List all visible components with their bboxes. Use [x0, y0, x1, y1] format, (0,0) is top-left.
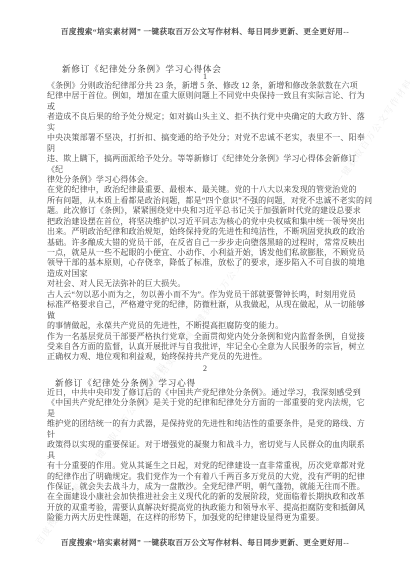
text-line: 政策得以实现的重要保证。对于增强党的凝聚力和战斗力，密切党与人民群众的血肉联系 [47, 440, 372, 450]
text-line: 一点，就是从一些不起眼的小便宜、小动作、小利益开始，诱发他们私欲膨胀，不顾党员 [47, 248, 372, 258]
text-line: 基础。许多酿成大错的党员干部，在反省自己一步步走向堕落黑暗的过程时，常常反映出 [47, 238, 372, 248]
text-line: 作为一名基层党员干部要严格执行党章，全面贯彻党内处分条例和党内监督条例，自觉接 [47, 332, 372, 342]
text-line: 标准严格要求自己，严格遵守党的纪律，防微杜渐，从我做起，从现在做起，从一切能够 [47, 300, 372, 310]
text-line: 中央决策部署不坚决，打折扣、搞变通的给予处分；对党不忠诚不老实，表里不一、阳奉 [47, 133, 372, 143]
text-line: 近日，中共中央印发了修订后的《中国共产党纪律处分条例》。通过学习，我深刻感受到 [47, 388, 372, 398]
text-line: 律处分条例》学习心得体会。 [47, 175, 372, 185]
text-line: 有十分重要的作用。党从其诞生之日起，对党的纪律建设一直非常重视，历次党章都对党 [47, 461, 372, 471]
text-line: 的纪律作出了明确规定。我们党作为一个有着八千两百多万党员的大党，没有严明的纪律 [47, 472, 372, 482]
text-line: 所有问题，从本质上看都是政治问题，都是“四个意识”不强的问题，对党不忠诚不老实的… [47, 196, 372, 206]
text-line: 《中国共产党纪律处分条例》是关于党的纪律和纪律处分方面的一部重要的党内法规，它 [47, 398, 372, 408]
text-line: 开放的双重考验，需要认真解决好提高党的执政能力和领导水平、提高拒腐防变和抵御风 [47, 503, 372, 513]
text-line: 对社会、对人民无法弥补的巨大损失。 [47, 279, 372, 289]
text-line: 在全面建设小康社会加快推进社会主义现代化的新的发展阶段，党面临着长期执政和改革 [47, 492, 372, 502]
text-line: 针 [47, 430, 372, 440]
text-line: 实 [47, 123, 372, 133]
text-line: 出来。严明政治纪律和政治规矩，始终保持党的先进性和纯洁性，不断巩固党执政的政治 [47, 227, 372, 237]
doc2-body: 近日，中共中央印发了修订后的《中国共产党纪律处分条例》。通过学习，我深刻感受到《… [47, 388, 372, 524]
text-line: 题。此次修订《条例》，紧紧围绕党中央和习近平总书记关于加强新时代党的建设总要求 [47, 206, 372, 216]
text-line: 险能力两大历史性课题，在这样的形势下，加强党的纪律建设显得更为重要。 [47, 513, 372, 523]
text-line: 纪律中居于首位。例如，增加在重大原则问题上不同党中央保持一致且有实际言论、行为 [47, 91, 372, 101]
text-line: 作保证，就会失去战斗力，成为一盘散沙。全党纪律严明，朝气蓬勃，就能无往而不胜。 [47, 482, 372, 492]
text-line: 古人云“勿以恶小而为之，勿以善小而不为”。作为党员干部就要警钟长鸣，时刻用党员 [47, 290, 372, 300]
text-line: 造成对国家 [47, 269, 372, 279]
text-line: 者造成不良后果的给予处分规定；如对搞山头主义、拒不执行党中央确定的大政方针、落 [47, 112, 372, 122]
text-line: 领导干部的基本原则，心存侥幸，降低了标准，放松了的要求，逐步陷入不可自拔的境地 [47, 258, 372, 268]
page-footer-note: 百度搜索“培实素材网” 一键获取百万公文写作材料、每日同步更新、更全更好用-- [0, 537, 410, 548]
page-number-1: 1 [0, 72, 410, 81]
text-line: 阴 [47, 144, 372, 154]
text-line: 具 [47, 451, 372, 461]
page-header-note: 百度搜索“培实素材网” 一键获取百万公文写作材料、每日同步更新、更全更好用-- [0, 26, 410, 37]
text-line: 在党的纪律中，政治纪律最重要、最根本、最关键。党的十八大以来发现的管党治党的 [47, 185, 372, 195]
document-page: 百度搜索培实素材网一键获取百万公文写作材料 百度搜索培实素材网一键获取百万公文写… [0, 0, 410, 580]
text-line: 正确权力观、地位观和利益观，始终保持共产党员的先进性。 [47, 352, 372, 362]
text-line: 维护党的团结统一的有力武器，是保持党的先进性和纯洁性的重要条件，是党的路线、方 [47, 419, 372, 429]
doc1-body: 《条例》分则政治纪律部分共 23 条，新增 5 条、修改 12 条，新增和修改条… [47, 81, 372, 363]
text-line: 或 [47, 102, 372, 112]
page-number-2: 2 [0, 364, 410, 373]
text-line: 的事情做起，永葆共产党员的先进性，不断提高拒腐防变的能力。 [47, 321, 372, 331]
text-line: 做 [47, 311, 372, 321]
text-line: 是 [47, 409, 372, 419]
text-line: 违、欺上瞒下，搞两面派给予处分。等等新修订《纪律处分条例》学习心得体会新修订 [47, 154, 372, 164]
text-line: 受来自各方面的监督，认真开展批评与自我批评，牢记全心全意为人民服务的宗旨，树立 [47, 342, 372, 352]
text-line: 把政治建设摆在首位，将坚决维护以习近平同志为核心的党中央权威和集中统一领导突出 [47, 217, 372, 227]
text-line: 《条例》分则政治纪律部分共 23 条，新增 5 条、修改 12 条，新增和修改条… [47, 81, 372, 91]
text-line: 《纪 [47, 165, 372, 175]
